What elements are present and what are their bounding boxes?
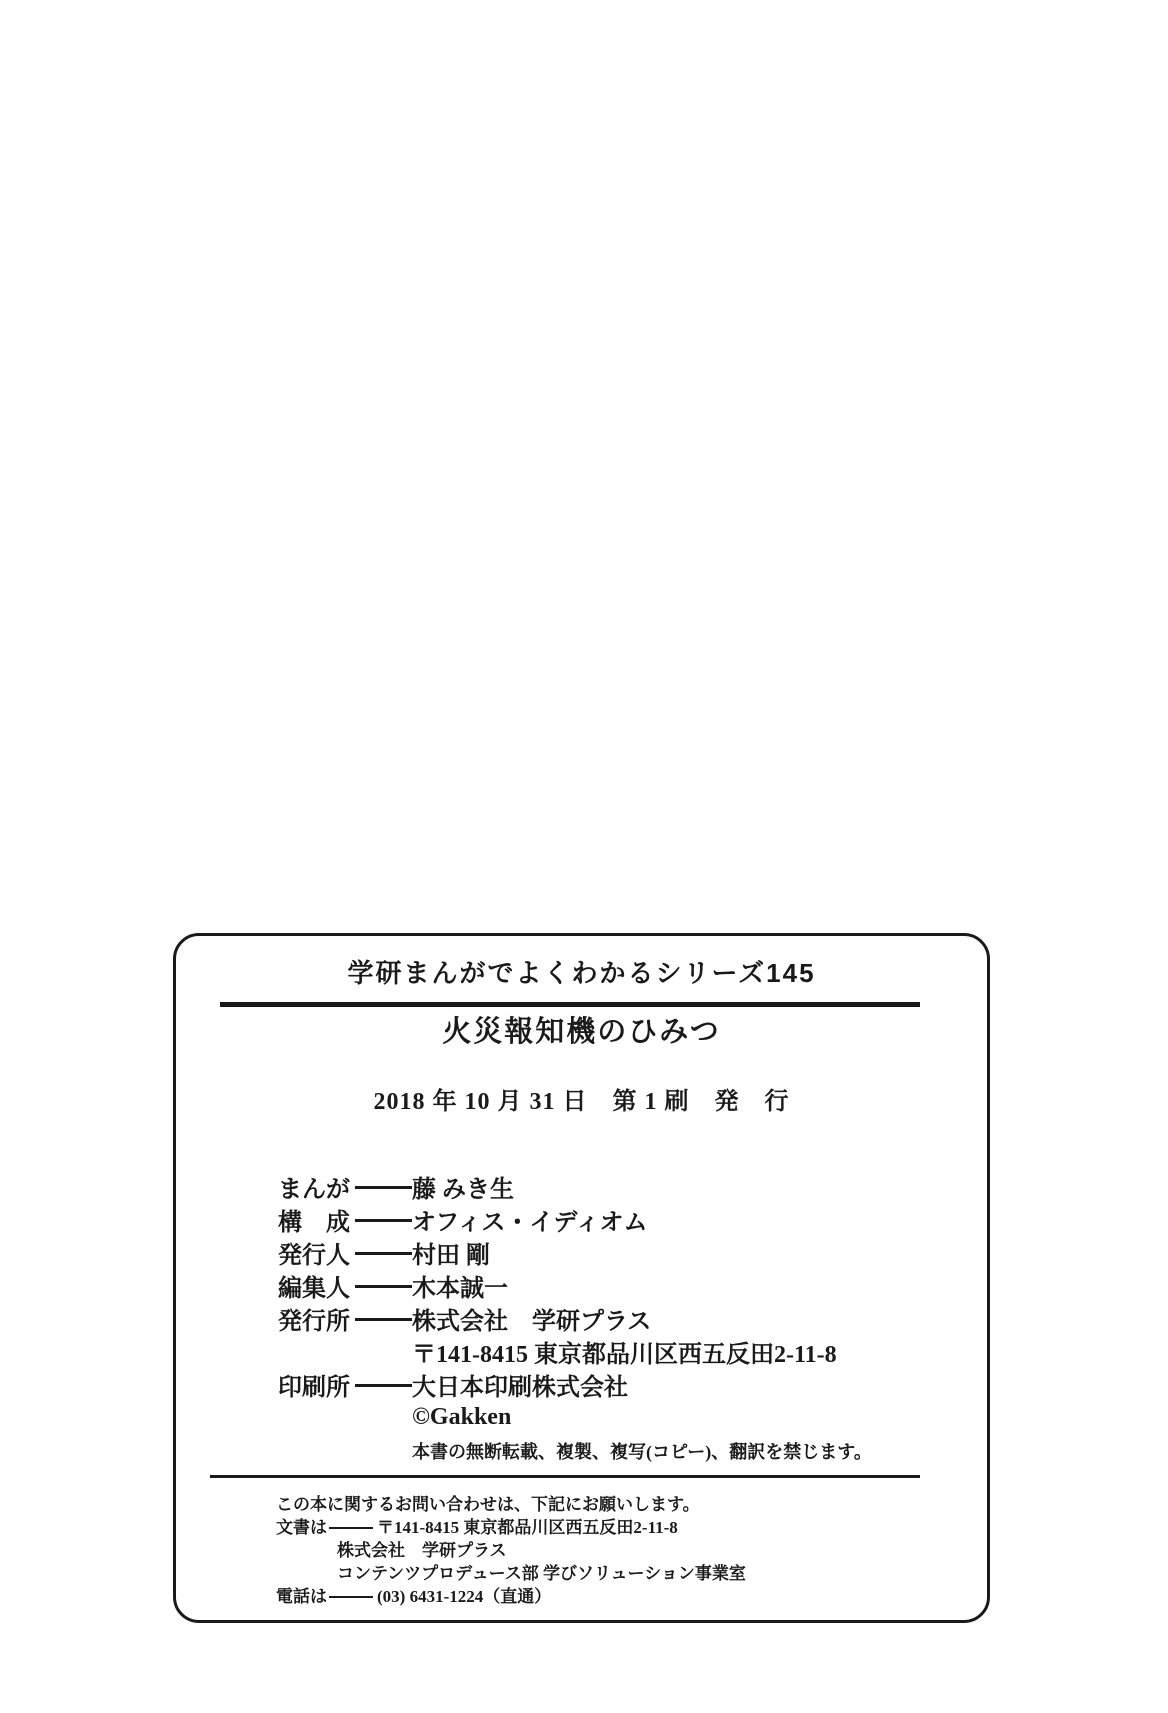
colophon-page: 学研まんがでよくわかるシリーズ145 火災報知機のひみつ 2018 年 10 月… [0, 0, 1168, 1713]
credit-row: ©Gakken [278, 1401, 987, 1434]
contact-row: コンテンツプロデュース部 学びソリューション事業室 [276, 1562, 987, 1585]
credit-row: 構 成オフィス・イディオム [278, 1203, 987, 1236]
credit-dash-line [355, 1318, 412, 1321]
contact-intro: この本に関するお問い合わせは、下記にお願いします。 [276, 1493, 987, 1516]
contact-row: 電話は(03) 6431-1224（直通） [276, 1585, 987, 1608]
credit-row: 発行所株式会社 学研プラス [278, 1302, 987, 1335]
credit-dash-line [355, 1285, 412, 1288]
edition-date-line: 2018 年 10 月 31 日 第 1 刷 発 行 [176, 1087, 987, 1117]
credit-dash-line [355, 1252, 412, 1255]
credit-dash-line [355, 1384, 412, 1387]
credit-label: 発行人 [278, 1235, 355, 1270]
contact-label: 文書は [276, 1516, 327, 1539]
credit-value: 大日本印刷株式会社 [412, 1367, 628, 1402]
credit-value: 本書の無断転載、複製、複写(コピー)、翻訳を禁じます。 [412, 1438, 872, 1464]
series-title: 学研まんがでよくわかるシリーズ145 [176, 958, 987, 988]
credit-row: 本書の無断転載、複製、複写(コピー)、翻訳を禁じます。 [278, 1434, 987, 1467]
credit-value: 株式会社 学研プラス [412, 1301, 651, 1336]
contact-dash-line [329, 1596, 373, 1598]
credits-list: まんが藤 みき生構 成オフィス・イディオム発行人村田 剛編集人木本誠一発行所株式… [278, 1170, 987, 1467]
credit-row: 編集人木本誠一 [278, 1269, 987, 1302]
contact-block: この本に関するお問い合わせは、下記にお願いします。 文書は〒141-8415 東… [276, 1493, 987, 1608]
credit-value: オフィス・イディオム [412, 1202, 647, 1237]
contact-value: (03) 6431-1224（直通） [377, 1585, 551, 1608]
credit-value: 藤 みき生 [412, 1169, 514, 1204]
colophon-box: 学研まんがでよくわかるシリーズ145 火災報知機のひみつ 2018 年 10 月… [173, 933, 990, 1623]
credit-label: まんが [278, 1169, 355, 1204]
credit-dash-line [355, 1186, 412, 1189]
credit-row: まんが藤 みき生 [278, 1170, 987, 1203]
contact-value: 〒141-8415 東京都品川区西五反田2-11-8 [377, 1516, 678, 1539]
contact-row: 文書は〒141-8415 東京都品川区西五反田2-11-8 [276, 1516, 987, 1539]
series-divider-rule [220, 1002, 920, 1007]
credit-label: 印刷所 [278, 1367, 355, 1402]
contact-value: コンテンツプロデュース部 学びソリューション事業室 [337, 1562, 746, 1585]
credit-value: 村田 剛 [412, 1235, 490, 1270]
contact-label: 電話は [276, 1585, 327, 1608]
credit-label: 発行所 [278, 1301, 355, 1336]
book-title: 火災報知機のひみつ [176, 1014, 987, 1050]
contact-row: 株式会社 学研プラス [276, 1539, 987, 1562]
credit-label: 構 成 [278, 1202, 355, 1237]
credit-value: ©Gakken [412, 1404, 511, 1431]
credit-dash-line [355, 1219, 412, 1222]
credit-row: 印刷所大日本印刷株式会社 [278, 1368, 987, 1401]
contact-value: 株式会社 学研プラス [337, 1539, 507, 1562]
contact-dash-line [329, 1527, 373, 1529]
credit-value: 木本誠一 [412, 1268, 508, 1303]
credit-row: 発行人村田 剛 [278, 1236, 987, 1269]
credit-row: 〒141-8415 東京都品川区西五反田2-11-8 [278, 1335, 987, 1368]
credit-label: 編集人 [278, 1268, 355, 1303]
contact-divider-rule [210, 1475, 920, 1478]
credit-value: 〒141-8415 東京都品川区西五反田2-11-8 [412, 1334, 837, 1369]
